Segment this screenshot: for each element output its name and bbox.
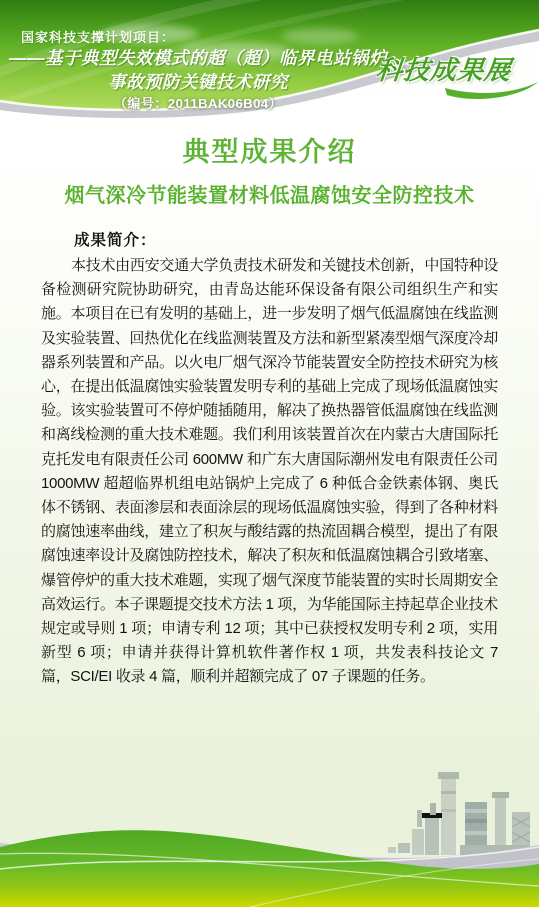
intro-label: 成果简介： bbox=[74, 228, 498, 250]
achievement-title: 烟气深冷节能装置材料低温腐蚀安全防控技术 bbox=[0, 179, 539, 208]
intro-section: 成果简介： 本技术由西安交通大学负责技术研发和关键技术创新，中国特种设备检测研究… bbox=[41, 228, 498, 690]
project-title-line2: 事故预防关键技术研究 bbox=[8, 69, 388, 94]
project-code: （编号：2011BAK06B04） bbox=[8, 93, 388, 112]
power-plant-illustration bbox=[388, 772, 530, 855]
section-title: 典型成果介绍 bbox=[0, 130, 539, 169]
poster-page: 国家科技支撑计划项目： ——基于典型失效模式的超（超）临界电站锅炉 事故预防关键… bbox=[0, 0, 539, 907]
intro-paragraph: 本技术由西安交通大学负责技术研发和关键技术创新，中国特种设备检测研究院协助研究，… bbox=[41, 254, 498, 690]
footer-landscape bbox=[0, 757, 539, 907]
program-label: 国家科技支撑计划项目： bbox=[21, 27, 175, 46]
expo-logo: 科技成果展 bbox=[357, 50, 531, 87]
project-title-line1: ——基于典型失效模式的超（超）临界电站锅炉 bbox=[8, 45, 388, 70]
